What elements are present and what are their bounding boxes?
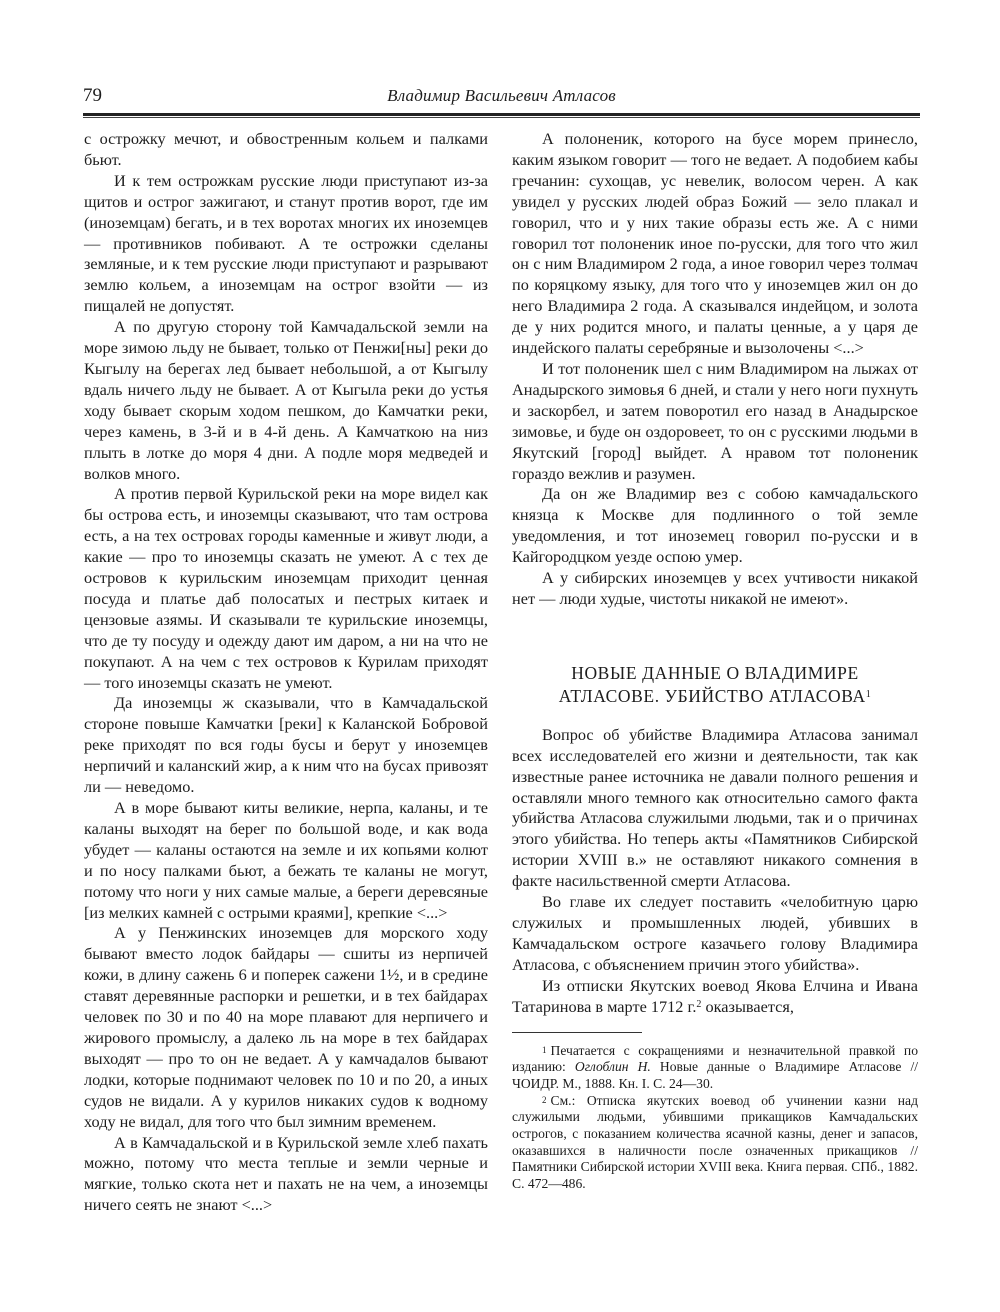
paragraph: И тот полоненик шел с ним Владимиром на … <box>512 359 918 484</box>
paragraph: А у Пенжинских иноземцев для морского хо… <box>84 923 488 1132</box>
paragraph: А против первой Курильской реки на море … <box>84 484 488 693</box>
right-column: А полоненик, которого на бусе морем прин… <box>512 129 918 1193</box>
section-heading-text: АТЛАСОВЕ. УБИЙСТВО АТЛАСОВА <box>559 686 866 706</box>
running-title: Владимир Васильевич Атласов <box>83 84 920 108</box>
paragraph: Да он же Владимир вез с собою камчадальс… <box>512 484 918 568</box>
footnote-text: См.: Отписка якутских воевод об учинении… <box>512 1093 918 1192</box>
paragraph: А у сибирских иноземцев у всех учтивости… <box>512 568 918 610</box>
paragraph: Во главе их следует поставить «челобитну… <box>512 892 918 976</box>
paragraph: А полоненик, которого на бусе морем прин… <box>512 129 918 359</box>
footnote-divider <box>512 1032 642 1033</box>
left-column: с острожку мечют, и обвостренным кольем … <box>84 129 488 1216</box>
paragraph-text: оказывается, <box>701 997 794 1016</box>
paragraph: с острожку мечют, и обвостренным кольем … <box>84 129 488 171</box>
header-rule-thin <box>83 117 920 118</box>
footnote-number: 1 <box>542 1045 547 1055</box>
paragraph: Из отписки Якутских воевод Якова Елчина … <box>512 976 918 1018</box>
footnote-number: 2 <box>542 1095 547 1105</box>
footnote-ref-2[interactable]: 2 <box>696 999 701 1010</box>
footnote-1: 1Печатается с сокращениями и незначитель… <box>512 1043 918 1093</box>
header-rule-thick <box>83 113 920 116</box>
section-heading: НОВЫЕ ДАННЫЕ О ВЛАДИМИРЕ АТЛАСОВЕ. УБИЙС… <box>512 662 918 708</box>
footnotes: 1Печатается с сокращениями и незначитель… <box>512 1043 918 1193</box>
paragraph: А в море бывают киты великие, нерпа, кал… <box>84 798 488 923</box>
running-head: 79 Владимир Васильевич Атласов <box>83 84 920 108</box>
paragraph: И к тем острожкам русские люди приступаю… <box>84 171 488 317</box>
footnote-ref-1[interactable]: 1 <box>866 689 872 700</box>
paragraph: Да иноземцы ж сказывали, что в Камчадаль… <box>84 693 488 798</box>
section-heading-line-1: НОВЫЕ ДАННЫЕ О ВЛАДИМИРЕ <box>512 662 918 685</box>
footnote-2: 2См.: Отписка якутских воевод об учинени… <box>512 1093 918 1193</box>
paragraph: Вопрос об убийстве Владимира Атласова за… <box>512 725 918 892</box>
paragraph: А в Камчадальской и в Курильской земле х… <box>84 1133 488 1217</box>
paragraph: А по другую сторону той Камчадальской зе… <box>84 317 488 484</box>
footnote-author: Оглоблин Н. <box>575 1059 651 1074</box>
section-heading-line-2: АТЛАСОВЕ. УБИЙСТВО АТЛАСОВА1 <box>512 685 918 708</box>
